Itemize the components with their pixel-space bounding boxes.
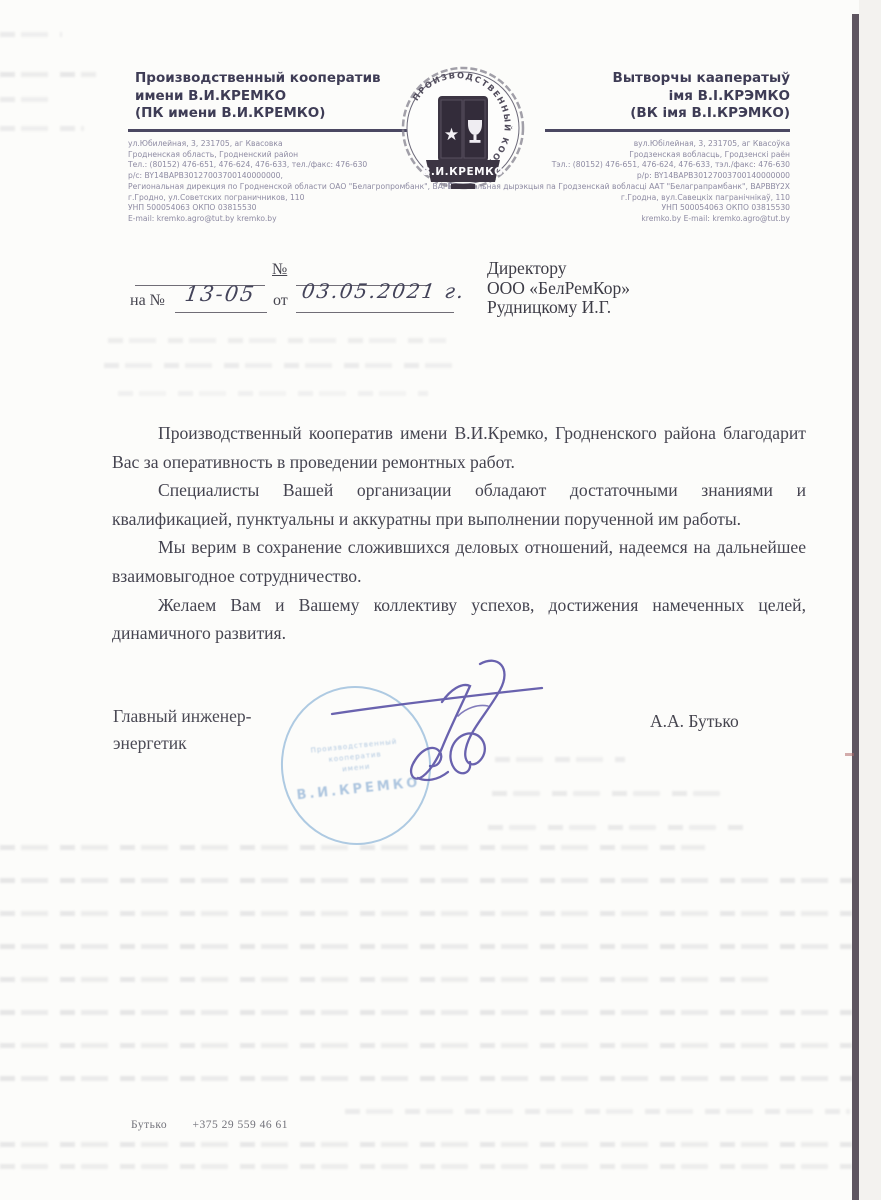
bleedthrough-row (0, 97, 60, 102)
signer-name: А.А. Бутько (650, 711, 739, 732)
org-title-ru-line3: (ПК имени В.И.КРЕМКО) (135, 105, 381, 123)
scan-artifact-mark (845, 753, 854, 756)
bleedthrough-row (108, 338, 446, 343)
scan-edge-line (852, 14, 859, 1200)
org-title-ru-line2: имени В.И.КРЕМКО (135, 88, 381, 106)
signer-position: Главный инженер- энергетик (113, 703, 252, 757)
org-emblem-logo: ПРОИЗВОДСТВЕННЫЙ КООПЕРАТИВ ★ В.И.КРЕМКО (398, 60, 528, 208)
letter-body: Производственный кооператив имени В.И.Кр… (112, 419, 806, 648)
scan-edge-strip (859, 0, 881, 1200)
signer-position-line1: Главный инженер- (113, 703, 252, 730)
letterhead-rule-right (545, 129, 790, 132)
ref-date-underline (296, 312, 454, 313)
ref-number-label: № (272, 261, 287, 279)
bleedthrough-row (0, 1076, 852, 1081)
bleedthrough-row (0, 911, 852, 916)
recipient-name: Рудницкому И.Г. (487, 298, 630, 318)
bleedthrough-row (0, 126, 84, 131)
footer-contact-name: Бутько (131, 1119, 167, 1131)
bleedthrough-row (488, 825, 743, 830)
recipient-block: Директору ООО «БелРемКор» Рудницкому И.Г… (487, 259, 630, 318)
ref-reply-label: на № (130, 292, 165, 310)
org-title-by-line1: Вытворчы кааператыў (613, 70, 790, 88)
org-email-ru: E-mail: kremko.agro@tut.by kremko.by (128, 214, 472, 225)
org-title-by-line2: імя В.І.КРЭМКО (613, 88, 790, 106)
org-title-ru: Производственный кооператив имени В.И.КР… (135, 70, 381, 123)
bleedthrough-row (0, 1164, 852, 1169)
body-paragraph-4: Желаем Вам и Вашему коллективу успехов, … (112, 591, 806, 648)
org-title-ru-line1: Производственный кооператив (135, 70, 381, 88)
bleedthrough-row (0, 845, 705, 850)
body-paragraph-3: Мы верим в сохранение сложившихся деловы… (112, 533, 806, 590)
bleedthrough-row (0, 1142, 852, 1147)
bleedthrough-row (0, 1010, 852, 1015)
org-title-by: Вытворчы кааператыў імя В.І.КРЭМКО (ВК і… (613, 70, 790, 123)
ref-date-label: от (273, 292, 288, 310)
body-paragraph-2: Специалисты Вашей организации обладают д… (112, 476, 806, 533)
body-paragraph-1: Производственный кооператив имени В.И.Кр… (112, 419, 806, 476)
scanned-letter-page: Производственный кооператив имени В.И.КР… (0, 0, 881, 1200)
recipient-company: ООО «БелРемКор» (487, 279, 630, 299)
bleedthrough-row (104, 363, 454, 368)
handwritten-signature (330, 652, 555, 792)
incoming-date-handwritten: 03.05.2021 г. (300, 279, 467, 303)
letterhead-rule-left (128, 129, 409, 132)
bleedthrough-row (0, 944, 852, 949)
org-email-by: kremko.by E-mail: kremko.agro@tut.by (448, 214, 790, 225)
bleedthrough-row (0, 72, 96, 77)
bleedthrough-row (345, 1109, 850, 1114)
recipient-position: Директору (487, 259, 630, 279)
bleedthrough-row (0, 1043, 852, 1048)
bleedthrough-row (0, 32, 62, 37)
org-title-by-line3: (ВК імя В.І.КРЭМКО) (613, 105, 790, 123)
emblem-star-icon: ★ (444, 125, 459, 144)
bleedthrough-row (118, 391, 428, 396)
emblem-banner-text: В.И.КРЕМКО (422, 166, 503, 178)
footer-contact: Бутько +375 29 559 46 61 (131, 1119, 288, 1131)
bleedthrough-row (0, 977, 770, 982)
incoming-number-handwritten: 13-05 (183, 282, 257, 306)
signer-position-line2: энергетик (113, 730, 252, 757)
ref-number-underline (175, 312, 267, 313)
footer-contact-phone: +375 29 559 46 61 (192, 1119, 288, 1131)
bleedthrough-row (0, 878, 852, 883)
